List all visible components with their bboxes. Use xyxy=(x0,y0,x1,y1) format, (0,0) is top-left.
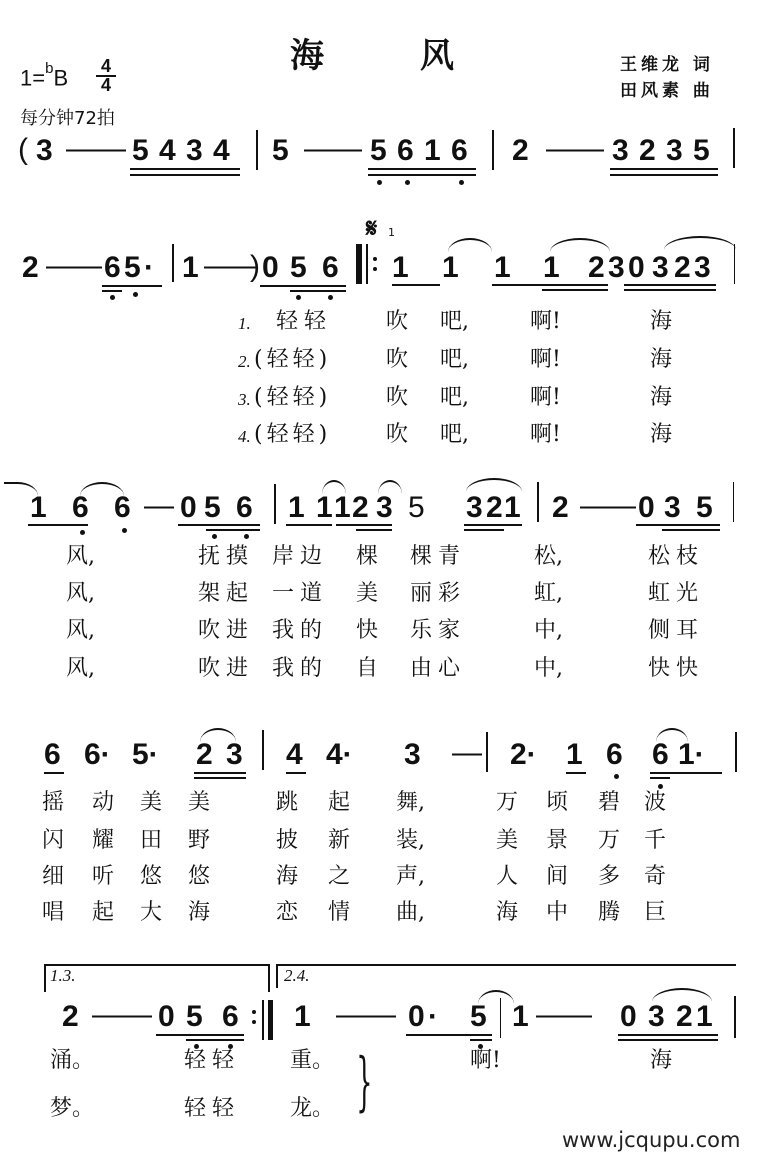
flat-sign-icon: b xyxy=(45,60,53,77)
lyric: 我的 xyxy=(272,620,328,642)
lyric: 情 xyxy=(328,902,350,924)
note: 1 xyxy=(316,493,333,523)
dash: — xyxy=(366,1000,396,1030)
lyric: 顷 xyxy=(546,792,568,814)
note: 2 xyxy=(512,136,529,166)
barline xyxy=(172,244,174,282)
barline xyxy=(262,730,264,770)
repeat-dot xyxy=(373,267,377,271)
note: 6 xyxy=(451,136,468,166)
slur xyxy=(378,480,402,494)
dash: — xyxy=(92,1000,122,1030)
volta-bracket-1 xyxy=(44,964,270,992)
volta-bracket-2 xyxy=(276,964,736,988)
lyric: 跳 xyxy=(276,792,298,814)
verse-number: 2. xyxy=(238,352,251,372)
lyric: 吹 xyxy=(386,349,408,371)
slur xyxy=(664,236,736,250)
lyric: 海 xyxy=(496,902,518,924)
lyric: 海 xyxy=(188,902,210,924)
note: 3 xyxy=(404,740,421,770)
lyric: 闪 xyxy=(42,830,64,852)
lyric: 棵 xyxy=(356,546,378,568)
note: 1 xyxy=(512,1002,529,1032)
note: 6 xyxy=(322,253,339,283)
lyric: 多 xyxy=(598,866,620,888)
note: 3 xyxy=(186,136,203,166)
lyric: 啊! xyxy=(530,311,561,333)
dash: — xyxy=(606,491,636,521)
slur xyxy=(550,238,610,252)
lyric: 乐家 xyxy=(410,620,466,642)
barline xyxy=(537,482,539,522)
lyric: 耀 xyxy=(92,830,114,852)
note: 3 xyxy=(466,493,483,523)
verse-number: 1. xyxy=(238,314,251,334)
note: 1 xyxy=(392,253,409,283)
lyric: 吧, xyxy=(440,349,469,371)
note: 5 xyxy=(124,253,141,283)
verse-number: 4. xyxy=(238,427,251,447)
dash: — xyxy=(304,134,334,164)
lyric: 侧耳 xyxy=(648,620,704,642)
note: 1· xyxy=(678,740,705,770)
volta-2-label: 2.4. xyxy=(284,966,310,986)
barline xyxy=(492,130,494,170)
repeat-start-thick-bar xyxy=(356,244,362,284)
lyric: 丽彩 xyxy=(410,583,466,605)
note: 0 xyxy=(408,1002,425,1032)
key-signature: 1=bB xyxy=(20,64,68,91)
note: 2 xyxy=(62,1002,79,1032)
note: 0 xyxy=(638,493,655,523)
note: 3 xyxy=(226,740,243,770)
lyric: 啊! xyxy=(530,424,561,446)
note: 4 xyxy=(286,740,303,770)
repeat-dot xyxy=(373,257,377,261)
lyric: 由心 xyxy=(410,658,466,680)
dash: — xyxy=(122,1000,152,1030)
brace-icon: } xyxy=(356,1050,372,1114)
note: 3 xyxy=(694,253,711,283)
lyric: 美 xyxy=(496,830,518,852)
note: 1 xyxy=(566,740,583,770)
lyric: 细 xyxy=(42,866,64,888)
paren-open: ( xyxy=(18,135,28,165)
lyric: 轻轻 xyxy=(184,1098,240,1120)
lyric: 奇 xyxy=(644,866,666,888)
lyric: (轻轻) xyxy=(254,387,331,409)
note: 2 xyxy=(22,253,39,283)
lyric: 风, xyxy=(66,620,95,642)
slur xyxy=(200,728,236,742)
lyric: 吹 xyxy=(386,424,408,446)
lyric: 抚摸 xyxy=(198,546,254,568)
note: 6 xyxy=(222,1002,239,1032)
note: 5 xyxy=(132,136,149,166)
lyric: 岸边 xyxy=(272,546,328,568)
paren-close: ) xyxy=(250,252,260,282)
note: 1 xyxy=(294,1002,311,1032)
lyric: 自 xyxy=(356,658,378,680)
segno-label: 1 xyxy=(388,226,395,239)
note: 2 xyxy=(196,740,213,770)
time-signature: 4 4 xyxy=(96,58,116,94)
lyric: 吹进 xyxy=(198,620,254,642)
dash: — xyxy=(336,1000,366,1030)
lyric: 中, xyxy=(534,658,563,680)
slur xyxy=(652,988,712,1002)
lyric: 轻轻 xyxy=(184,1050,240,1072)
lyric: 腾 xyxy=(598,902,620,924)
note: 3 xyxy=(664,493,681,523)
barline xyxy=(734,244,735,284)
note: 2 xyxy=(674,253,691,283)
lyric: 新 xyxy=(328,830,350,852)
key-note: B xyxy=(53,65,68,90)
lyric: 快快 xyxy=(648,658,704,680)
key-prefix: 1= xyxy=(20,65,45,90)
note: 5 xyxy=(186,1002,203,1032)
note: 4 xyxy=(213,136,230,166)
dash: — xyxy=(72,251,102,281)
slur xyxy=(448,238,492,252)
song-title-char-1: 海 xyxy=(290,28,324,77)
lyric: 间 xyxy=(546,866,568,888)
note: 6 xyxy=(652,740,669,770)
note: 0 xyxy=(620,1002,637,1032)
lyric: 吹 xyxy=(386,387,408,409)
repeat-end-thin-bar xyxy=(262,1000,264,1040)
note: 2 xyxy=(639,136,656,166)
note: 6 xyxy=(397,136,414,166)
lyric: 万 xyxy=(496,792,518,814)
lyric: 我的 xyxy=(272,658,328,680)
lyric: 重。 xyxy=(290,1050,334,1072)
lyric: 千 xyxy=(644,830,666,852)
dash: — xyxy=(452,738,482,768)
lyric: 起 xyxy=(328,792,350,814)
lyric: (轻轻) xyxy=(254,349,331,371)
augmentation-dot: · xyxy=(428,1002,438,1032)
repeat-end-thick-bar xyxy=(268,1000,273,1040)
lyric: 中 xyxy=(546,902,568,924)
note: 6· xyxy=(84,740,111,770)
note: 2 xyxy=(486,493,503,523)
song-title-char-2: 风 xyxy=(420,28,454,77)
lyric: 舞, xyxy=(396,792,425,814)
barline xyxy=(735,732,737,772)
lyric: 啊! xyxy=(530,349,561,371)
lyric: 龙。 xyxy=(290,1098,334,1120)
note: 1 xyxy=(494,253,511,283)
segno-icon: 𝄋 xyxy=(366,214,377,245)
tie xyxy=(478,990,514,1004)
barline xyxy=(733,482,734,522)
lyric: 万 xyxy=(598,830,620,852)
barline xyxy=(500,998,501,1038)
note: 1 xyxy=(442,253,459,283)
lyric: 披 xyxy=(276,830,298,852)
dash: — xyxy=(332,134,362,164)
augmentation-dot: · xyxy=(144,253,154,283)
lyric: 吹进 xyxy=(198,658,254,680)
lyric: 啊! xyxy=(530,387,561,409)
barline xyxy=(486,732,488,772)
lyric: 人 xyxy=(496,866,518,888)
note: 5 xyxy=(272,136,289,166)
time-signature-top: 4 xyxy=(96,58,116,75)
note: 2 xyxy=(676,1002,693,1032)
note: 2 xyxy=(552,493,569,523)
volta-1-label: 1.3. xyxy=(50,966,76,986)
note: 5 xyxy=(408,493,425,523)
note: 3 xyxy=(648,1002,665,1032)
note: 5· xyxy=(132,740,159,770)
note: 2· xyxy=(510,740,537,770)
lyric: 一道 xyxy=(272,583,328,605)
lyric: 棵青 xyxy=(410,546,466,568)
lyric: 风, xyxy=(66,546,95,568)
note: 1 xyxy=(543,253,560,283)
lyric: 中, xyxy=(534,620,563,642)
note: 0 xyxy=(628,253,645,283)
lyric: 松枝 xyxy=(648,546,704,568)
lyric: 轻轻 xyxy=(276,311,332,333)
tempo-marking: 每分钟72拍 xyxy=(20,104,115,130)
slur xyxy=(656,728,688,742)
note: 0 xyxy=(262,253,279,283)
lyric: 海 xyxy=(650,349,672,371)
note: 6 xyxy=(44,740,61,770)
note: 1 xyxy=(696,1002,713,1032)
lyric: 海 xyxy=(650,1050,672,1072)
note: 6 xyxy=(104,253,121,283)
watermark: www.jcqupu.com xyxy=(562,1128,740,1152)
note: 3 xyxy=(612,136,629,166)
barline xyxy=(256,130,258,170)
note: 3 xyxy=(608,253,625,283)
note: 1 xyxy=(424,136,441,166)
note: 1 xyxy=(288,493,305,523)
repeat-dot xyxy=(252,1010,256,1014)
lyric: 架起 xyxy=(198,583,254,605)
note: 5 xyxy=(290,253,307,283)
lyric: 快 xyxy=(356,620,378,642)
note: 0 xyxy=(180,493,197,523)
lyric: 虹, xyxy=(534,583,563,605)
lyric: 听 xyxy=(92,866,114,888)
lyric: 美 xyxy=(140,792,162,814)
lyric: 海 xyxy=(650,387,672,409)
lyric: 美 xyxy=(188,792,210,814)
lyric: 吧, xyxy=(440,311,469,333)
note: 5 xyxy=(470,1002,487,1032)
note: 6 xyxy=(114,493,131,523)
note: 2 xyxy=(352,493,369,523)
lyric: 恋 xyxy=(276,902,298,924)
note: 0 xyxy=(158,1002,175,1032)
lyric: 田 xyxy=(140,830,162,852)
composer-credit: 田风素 曲 xyxy=(620,76,714,101)
dash: — xyxy=(144,491,174,521)
dash: — xyxy=(66,134,96,164)
barline xyxy=(734,996,736,1038)
dash: — xyxy=(574,134,604,164)
lyric: 起 xyxy=(92,902,114,924)
note: 5 xyxy=(370,136,387,166)
lyric: 虹光 xyxy=(648,583,704,605)
note: 3 xyxy=(36,136,53,166)
repeat-dot xyxy=(252,1020,256,1024)
note: 4· xyxy=(326,740,353,770)
repeat-start-thin-bar xyxy=(366,244,368,284)
lyric: 海 xyxy=(650,424,672,446)
lyric: 梦。 xyxy=(50,1098,94,1120)
verse-number: 3. xyxy=(238,390,251,410)
slur xyxy=(322,480,346,494)
lyric: 美 xyxy=(356,583,378,605)
lyric: 吧, xyxy=(440,387,469,409)
note: 2 xyxy=(588,253,605,283)
lyric: 曲, xyxy=(396,902,425,924)
lyric: 啊! xyxy=(470,1050,501,1072)
lyric: 摇 xyxy=(42,792,64,814)
lyric: 装, xyxy=(396,830,425,852)
lyric: 悠 xyxy=(188,866,210,888)
lyric: 声, xyxy=(396,866,425,888)
lyricist-credit: 王维龙 词 xyxy=(620,50,714,75)
note: 5 xyxy=(204,493,221,523)
note: 5 xyxy=(696,493,713,523)
slur xyxy=(80,482,124,496)
lyric: 景 xyxy=(546,830,568,852)
lyric: 悠 xyxy=(140,866,162,888)
lyric: 动 xyxy=(92,792,114,814)
lyric: 松, xyxy=(534,546,563,568)
lyric: 大 xyxy=(140,902,162,924)
lyric: 巨 xyxy=(644,902,666,924)
lyric: 之 xyxy=(328,866,350,888)
lyric: (轻轻) xyxy=(254,424,331,446)
lyric: 吧, xyxy=(440,424,469,446)
barline xyxy=(274,484,276,524)
dash: — xyxy=(562,1000,592,1030)
note: 6 xyxy=(236,493,253,523)
note: 3 xyxy=(652,253,669,283)
note: 6 xyxy=(72,493,89,523)
barline xyxy=(733,128,735,168)
note: 6 xyxy=(606,740,623,770)
note: 1 xyxy=(504,493,521,523)
lyric: 风, xyxy=(66,583,95,605)
lyric: 野 xyxy=(188,830,210,852)
slur xyxy=(466,478,522,492)
dash: — xyxy=(546,134,576,164)
note: 1 xyxy=(182,253,199,283)
lyric: 波 xyxy=(644,792,666,814)
note: 5 xyxy=(693,136,710,166)
time-signature-bottom: 4 xyxy=(96,77,116,94)
note: 3 xyxy=(666,136,683,166)
lyric: 风, xyxy=(66,658,95,680)
note: 3 xyxy=(376,493,393,523)
lyric: 海 xyxy=(650,311,672,333)
note: 1 xyxy=(334,493,351,523)
lyric: 碧 xyxy=(598,792,620,814)
note: 1 xyxy=(30,493,47,523)
lyric: 唱 xyxy=(42,902,64,924)
dash: — xyxy=(96,134,126,164)
lyric: 吹 xyxy=(386,311,408,333)
lyric: 海 xyxy=(276,866,298,888)
lyric: 涌。 xyxy=(50,1050,94,1072)
note: 4 xyxy=(159,136,176,166)
